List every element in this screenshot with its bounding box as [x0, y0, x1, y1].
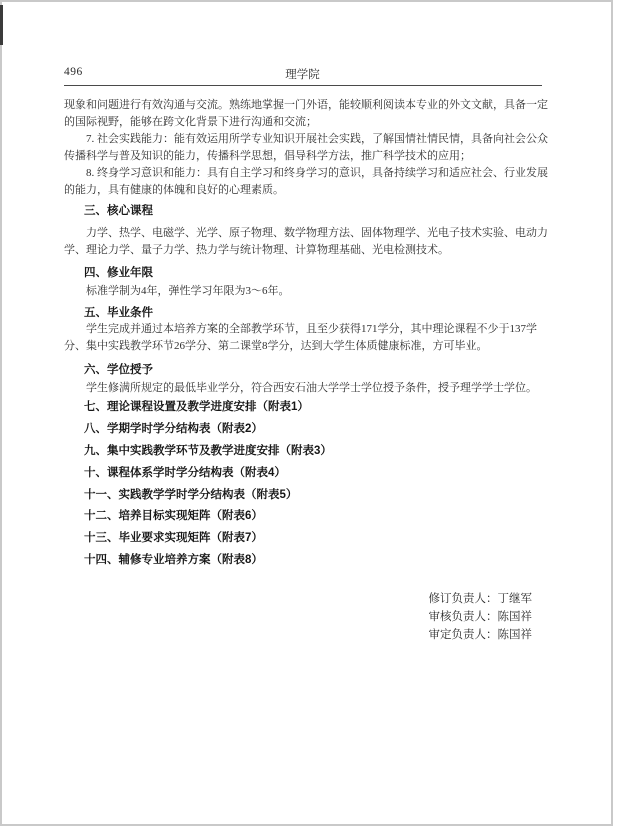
core-courses-paragraph: 力学、热学、电磁学、光学、原子物理、数学物理方法、固体物理学、光电子技术实验、电… [64, 225, 546, 259]
body-line: 8. 终身学习意识和能力：具有自主学习和终身学习的意识，具备持续学习和适应社会、… [64, 165, 546, 182]
page-header-title: 理学院 [64, 66, 541, 82]
signature-line-approval: 审定负责人：陈国祥 [429, 626, 533, 644]
document-page: 496 理学院 现象和问题进行有效沟通与交流。熟练地掌握一门外语，能较顺利阅读本… [0, 0, 617, 830]
body-line: 学生修满所规定的最低毕业学分，符合西安石油大学学士学位授予条件，授予理学学士学位… [64, 380, 546, 397]
study-period-paragraph: 标准学制为4年，弹性学习年限为3～6年。 [64, 283, 546, 300]
body-line: 学生完成并通过本培养方案的全部教学环节，且至少获得171学分，其中理论课程不少于… [64, 321, 546, 338]
section-heading-degree: 六、学位授予 [84, 363, 153, 377]
signature-block: 修订负责人：丁继军 审核负责人：陈国祥 审定负责人：陈国祥 [429, 590, 533, 644]
header-rule [64, 85, 542, 86]
attachment-item: 十三、毕业要求实现矩阵（附表7） [84, 528, 554, 550]
body-line: 标准学制为4年，弹性学习年限为3～6年。 [64, 283, 546, 300]
degree-paragraph: 学生修满所规定的最低毕业学分，符合西安石油大学学士学位授予条件，授予理学学士学位… [64, 380, 546, 397]
scan-edge-mark [0, 5, 3, 45]
attachment-item: 十四、辅修专业培养方案（附表8） [84, 550, 554, 572]
attachment-item: 九、集中实践教学环节及教学进度安排（附表3） [84, 441, 554, 463]
section-heading-study-period: 四、修业年限 [84, 266, 153, 280]
body-line: 力学、热学、电磁学、光学、原子物理、数学物理方法、固体物理学、光电子技术实验、电… [64, 225, 546, 242]
attachment-item: 十二、培养目标实现矩阵（附表6） [84, 506, 554, 528]
body-line: 7. 社会实践能力：能有效运用所学专业知识开展社会实践，了解国情社情民情，具备向… [64, 131, 546, 148]
attachment-item: 十、课程体系学时学分结构表（附表4） [84, 463, 554, 485]
attachment-item: 七、理论课程设置及教学进度安排（附表1） [84, 397, 554, 419]
body-line: 分、集中实践教学环节26学分、第二课堂8学分，达到大学生体质健康标准，方可毕业。 [64, 338, 546, 355]
signature-line-review: 审核负责人：陈国祥 [429, 608, 533, 626]
body-line: 现象和问题进行有效沟通与交流。熟练地掌握一门外语，能较顺利阅读本专业的外文文献，… [64, 97, 546, 114]
attachment-item: 八、学期学时学分结构表（附表2） [84, 419, 554, 441]
body-line: 的国际视野，能够在跨文化背景下进行沟通和交流； [64, 114, 546, 131]
attachment-list: 七、理论课程设置及教学进度安排（附表1） 八、学期学时学分结构表（附表2） 九、… [84, 397, 554, 572]
section-heading-core-courses: 三、核心课程 [84, 204, 153, 218]
intro-paragraphs: 现象和问题进行有效沟通与交流。熟练地掌握一门外语，能较顺利阅读本专业的外文文献，… [64, 97, 546, 199]
body-line: 传播科学与普及知识的能力，传播科学思想，倡导科学方法，推广科学技术的应用； [64, 148, 546, 165]
body-line: 学、理论力学、量子力学、热力学与统计物理、计算物理基础、光电检测技术。 [64, 242, 546, 259]
body-line: 的能力，具有健康的体魄和良好的心理素质。 [64, 182, 546, 199]
signature-line-revision: 修订负责人：丁继军 [429, 590, 533, 608]
graduation-paragraph: 学生完成并通过本培养方案的全部教学环节，且至少获得171学分，其中理论课程不少于… [64, 321, 546, 355]
section-heading-graduation: 五、毕业条件 [84, 306, 153, 320]
attachment-item: 十一、实践教学学时学分结构表（附表5） [84, 485, 554, 507]
